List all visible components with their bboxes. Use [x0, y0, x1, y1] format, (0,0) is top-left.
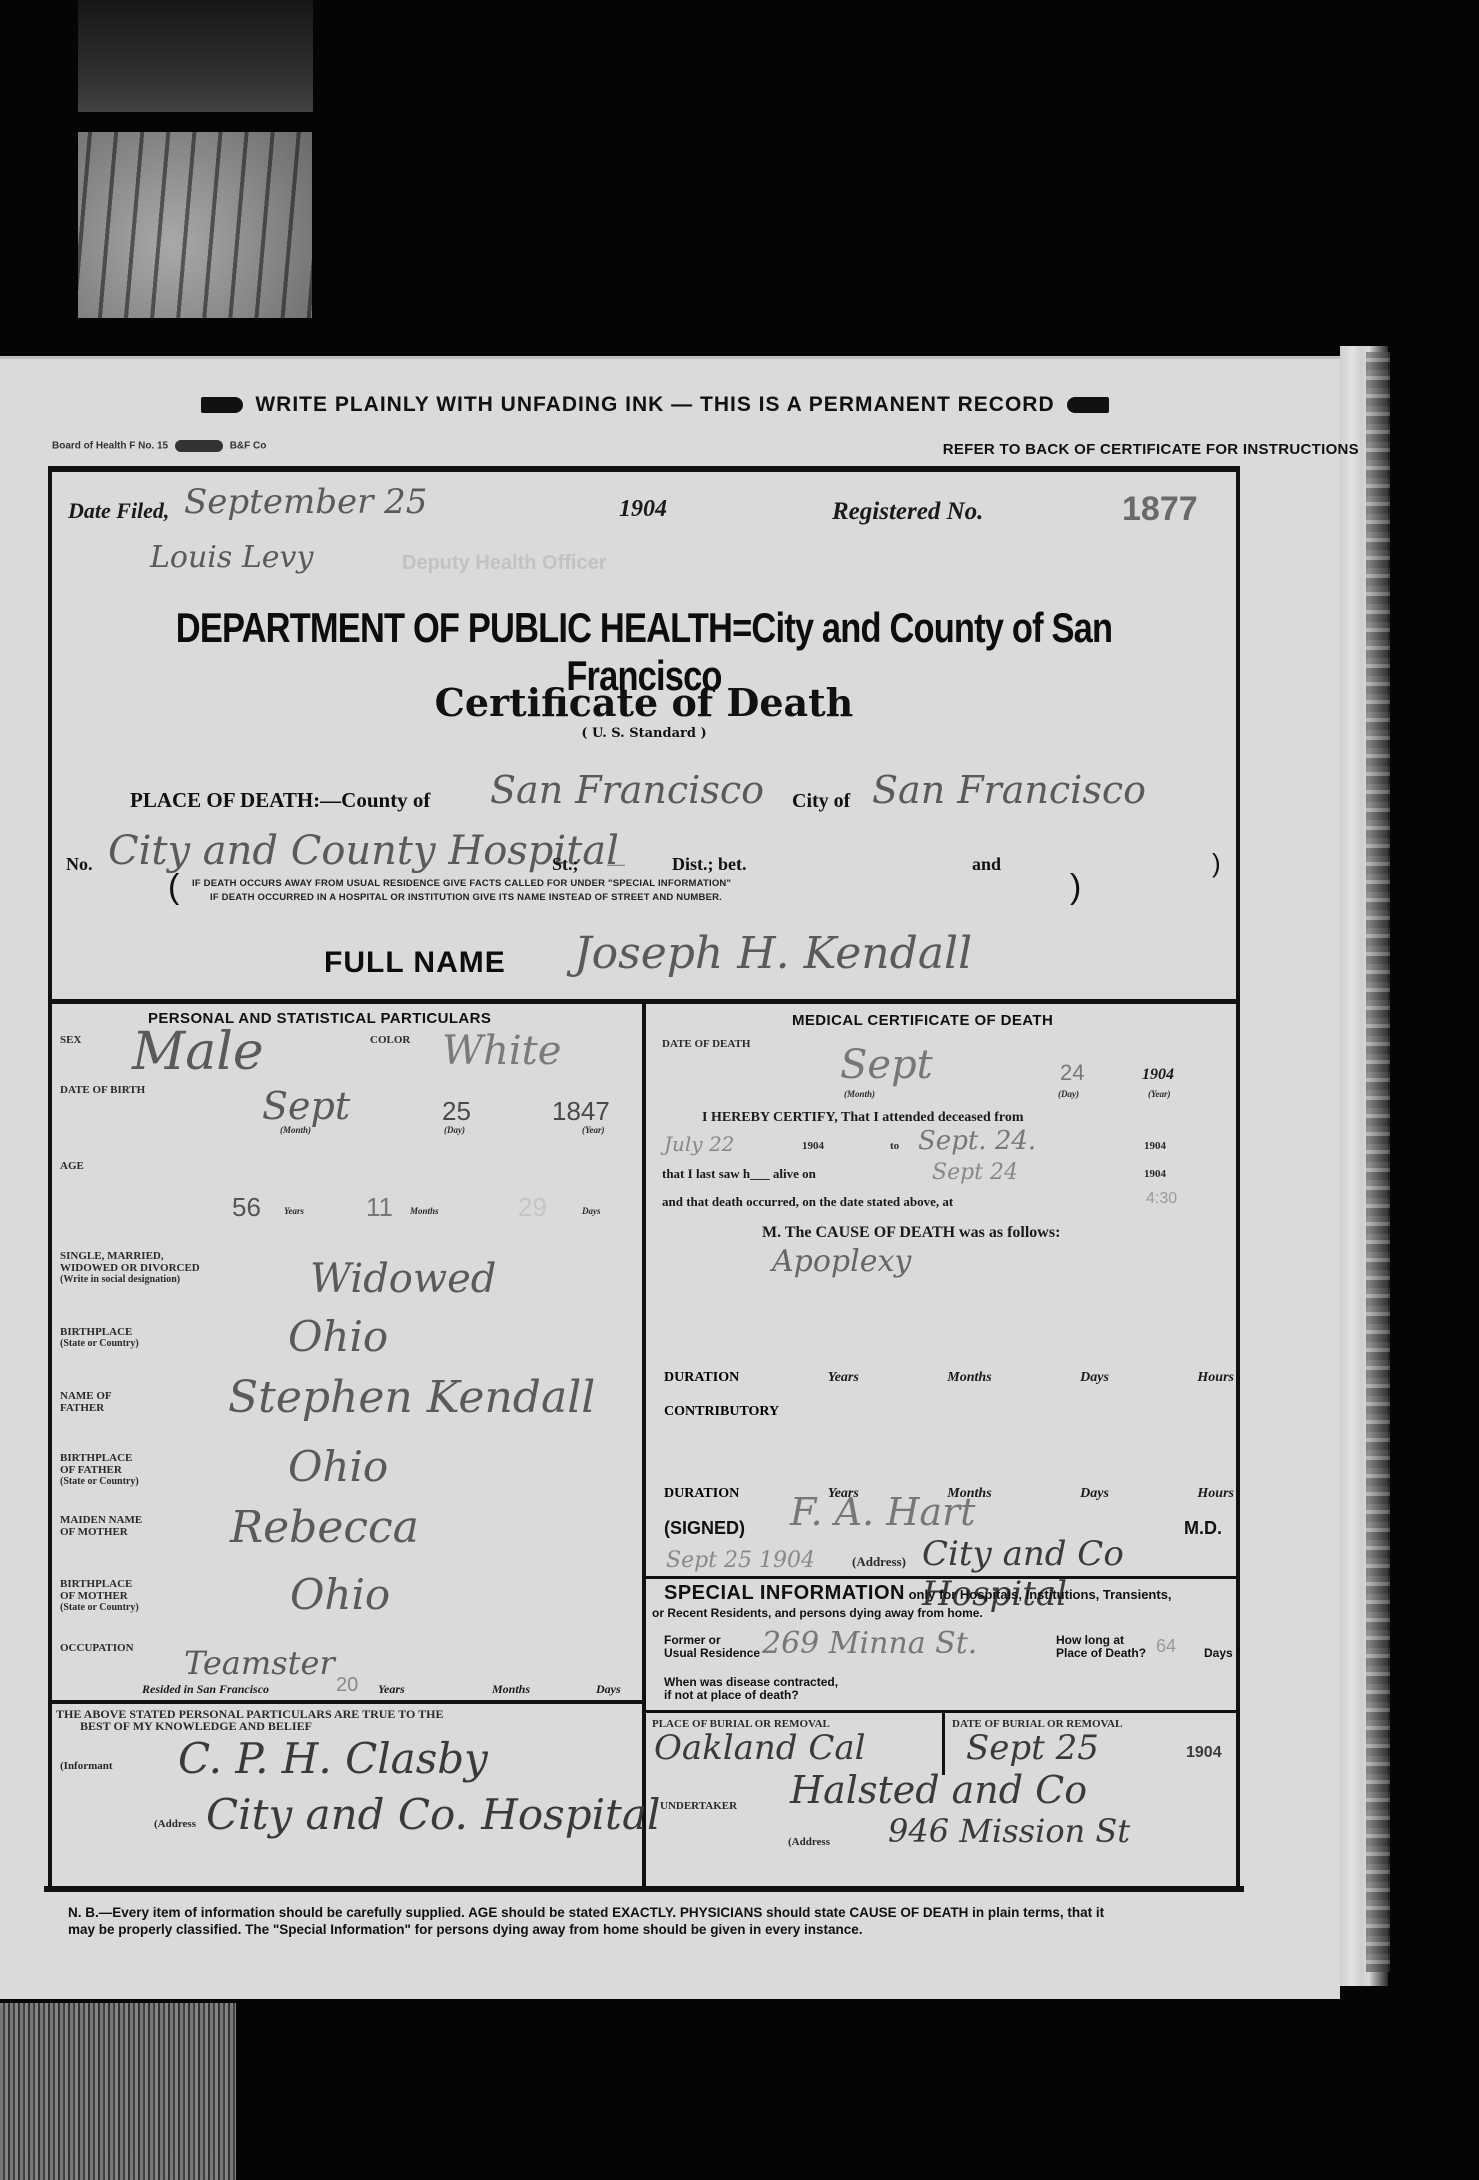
dod-label: DATE OF DEATH	[662, 1038, 750, 1050]
dob-month: Sept	[262, 1084, 350, 1128]
registrar-signature: Louis Levy	[150, 540, 313, 575]
frame-bottom-rule	[44, 1886, 1244, 1892]
age-months: 11	[366, 1192, 393, 1223]
residence-label: Former or Usual Residence	[664, 1634, 760, 1660]
color-label: COLOR	[370, 1034, 410, 1046]
attended-to: Sept. 24.	[918, 1126, 1036, 1156]
book-binding-edge	[1366, 352, 1390, 1972]
duration-row: DURATION Years Months Days Hours	[664, 1370, 1234, 1386]
instructions-note: REFER TO BACK OF CERTIFICATE FOR INSTRUC…	[943, 441, 1359, 458]
year-caption: (Year)	[582, 1124, 605, 1136]
color-value: White	[442, 1028, 561, 1074]
registered-label: Registered No.	[832, 498, 983, 526]
dod-month-caption: (Month)	[844, 1088, 875, 1100]
background-page-stack	[0, 2003, 236, 2180]
opening-paren: (	[168, 868, 179, 907]
dod-year-caption: (Year)	[1148, 1088, 1171, 1100]
special-heading: SPECIAL INFORMATION only for Hospitals, …	[664, 1582, 1172, 1605]
burial-place-value: Oakland Cal	[654, 1728, 866, 1768]
signed-label: (SIGNED)	[664, 1518, 745, 1539]
registered-number: 1877	[1122, 490, 1198, 529]
day-caption: (Day)	[444, 1124, 465, 1136]
pointing-hand-icon	[201, 397, 243, 413]
background-document-scrap	[78, 0, 313, 112]
undertaker-address: 946 Mission St	[888, 1812, 1130, 1850]
medical-heading: MEDICAL CERTIFICATE OF DEATH	[792, 1012, 1053, 1029]
cause-value: Apoplexy	[772, 1244, 911, 1279]
month-caption: (Month)	[280, 1124, 311, 1136]
city-value: San Francisco	[872, 768, 1146, 812]
last-saw-value: Sept 24	[932, 1160, 1018, 1185]
street-number-label: No.	[66, 854, 93, 875]
father-birthplace-label: BIRTHPLACE OF FATHER (State or Country)	[60, 1452, 139, 1488]
sex-label: SEX	[60, 1034, 81, 1046]
father-name-label: NAME OF FATHER	[60, 1390, 112, 1414]
age-years: 56	[232, 1192, 261, 1223]
county-value: San Francisco	[490, 768, 764, 812]
dob-year: 1847	[552, 1096, 610, 1127]
physician-signature: F. A. Hart	[790, 1490, 975, 1534]
resided-days-caption: Days	[596, 1682, 621, 1697]
cause-label: M. The CAUSE OF DEATH was as follows:	[762, 1224, 1060, 1242]
dod-month: Sept	[840, 1042, 933, 1088]
dob-label: DATE OF BIRTH	[60, 1084, 145, 1096]
place-of-death-label: PLACE OF DEATH:—County of	[130, 788, 430, 813]
closing-paren-2: )	[1070, 868, 1081, 907]
city-label: City of	[792, 790, 850, 813]
father-name-value: Stephen Kendall	[228, 1372, 595, 1423]
resided-years-caption: Years	[378, 1682, 405, 1697]
dod-day-caption: (Day)	[1058, 1088, 1079, 1100]
residence-value: 269 Minna St.	[762, 1626, 977, 1661]
column-divider	[642, 1004, 646, 1890]
mother-name-label: MAIDEN NAME OF MOTHER	[60, 1514, 142, 1538]
street-value: —	[607, 854, 625, 875]
undertaker-address-label: (Address	[788, 1836, 830, 1848]
last-saw-year: 1904	[1144, 1168, 1166, 1180]
attended-from-year: 1904	[802, 1140, 824, 1152]
date-filed-label: Date Filed,	[68, 498, 169, 524]
marital-label: SINGLE, MARRIED, WIDOWED OR DIVORCED (Wr…	[60, 1250, 200, 1286]
occupation-value: Teamster	[184, 1644, 335, 1682]
burial-column-divider	[942, 1713, 945, 1775]
attended-to-year: 1904	[1144, 1140, 1166, 1152]
place-note-line-1: IF DEATH OCCURS AWAY FROM USUAL RESIDENC…	[192, 878, 731, 889]
resided-years: 20	[336, 1674, 358, 1697]
full-name-value: Joseph H. Kendall	[574, 928, 972, 979]
burial-date-value: Sept 25	[966, 1728, 1099, 1768]
special-divider	[646, 1576, 1240, 1579]
age-months-caption: Months	[410, 1205, 439, 1217]
attended-from: July 22	[664, 1132, 734, 1156]
signed-date: Sept 25 1904	[666, 1548, 815, 1573]
dob-day: 25	[442, 1096, 471, 1127]
undertaker-label: UNDERTAKER	[660, 1800, 737, 1812]
certificate-standard: ( U. S. Standard )	[52, 726, 1236, 741]
informant-divider	[52, 1700, 642, 1704]
certificate-title: Certificate of Death	[52, 680, 1236, 725]
date-filed-value: September 25	[184, 482, 427, 522]
place-note-line-2: IF DEATH OCCURRED IN A HOSPITAL OR INSTI…	[210, 892, 722, 903]
undertaker-value: Halsted and Co	[790, 1768, 1087, 1812]
dod-year: 1904	[1142, 1066, 1174, 1084]
father-birthplace-value: Ohio	[288, 1442, 388, 1491]
closing-paren: )	[1212, 848, 1221, 879]
mother-name-value: Rebecca	[230, 1502, 419, 1553]
street-label: St.;	[552, 854, 579, 875]
how-long-unit: Days	[1204, 1646, 1233, 1660]
sex-value: Male	[132, 1022, 264, 1082]
burial-date-year: 1904	[1186, 1744, 1222, 1762]
dod-day: 24	[1060, 1060, 1084, 1086]
year-filed: 1904	[619, 496, 667, 523]
marital-value: Widowed	[310, 1256, 496, 1302]
how-long-label: How long at Place of Death?	[1056, 1634, 1146, 1660]
mother-birthplace-label: BIRTHPLACE OF MOTHER (State or Country)	[60, 1578, 139, 1614]
last-saw-label: that I last saw h___ alive on	[662, 1166, 816, 1182]
age-days-caption: Days	[582, 1205, 601, 1217]
occupation-label: OCCUPATION	[60, 1642, 134, 1654]
resided-months-caption: Months	[492, 1682, 530, 1697]
full-name-label: FULL NAME	[324, 946, 506, 980]
age-label: AGE	[60, 1160, 84, 1172]
how-long-value: 64	[1156, 1636, 1176, 1657]
footer-note: N. B.—Every item of information should b…	[68, 1904, 1118, 1938]
top-banner: WRITE PLAINLY WITH UNFADING INK — THIS I…	[110, 393, 1200, 417]
certificate-frame: Date Filed, September 25 1904 Registered…	[48, 466, 1240, 1890]
certify-text: I HEREBY CERTIFY, That I attended deceas…	[702, 1110, 1024, 1126]
age-days: 29	[518, 1192, 547, 1223]
resided-label: Resided in San Francisco	[142, 1682, 269, 1697]
institution-value: City and County Hospital	[108, 828, 619, 874]
birthplace-value: Ohio	[288, 1312, 388, 1361]
registrar-title: Deputy Health Officer	[402, 552, 606, 575]
contributory-label: CONTRIBUTORY	[664, 1404, 779, 1420]
contracted-label: When was disease contracted, if not at p…	[664, 1676, 838, 1702]
death-time-label: and that death occurred, on the date sta…	[662, 1194, 953, 1210]
informant-address-label: (Address	[154, 1818, 196, 1830]
informant-name: C. P. H. Clasby	[178, 1734, 488, 1783]
mother-birthplace-value: Ohio	[290, 1570, 390, 1619]
district-label: Dist.; bet.	[672, 854, 747, 875]
pointing-hand-icon	[1067, 397, 1109, 413]
age-years-caption: Years	[284, 1205, 304, 1217]
informant-label: (Informant	[60, 1760, 113, 1772]
informant-statement: THE ABOVE STATED PERSONAL PARTICULARS AR…	[56, 1708, 443, 1732]
physician-address-label: (Address)	[852, 1556, 906, 1568]
background-photo-scrap	[78, 132, 312, 318]
to-label: to	[890, 1140, 899, 1152]
printer-imprint: Board of Health F No. 15 B&F Co	[52, 440, 266, 452]
birthplace-label: BIRTHPLACE (State or Country)	[60, 1326, 139, 1350]
union-seal-icon	[175, 440, 223, 452]
special-subheading: or Recent Residents, and persons dying a…	[652, 1606, 983, 1620]
informant-address: City and Co. Hospital	[206, 1790, 660, 1839]
and-label: and	[972, 854, 1001, 875]
death-time-value: 4:30	[1146, 1190, 1177, 1208]
